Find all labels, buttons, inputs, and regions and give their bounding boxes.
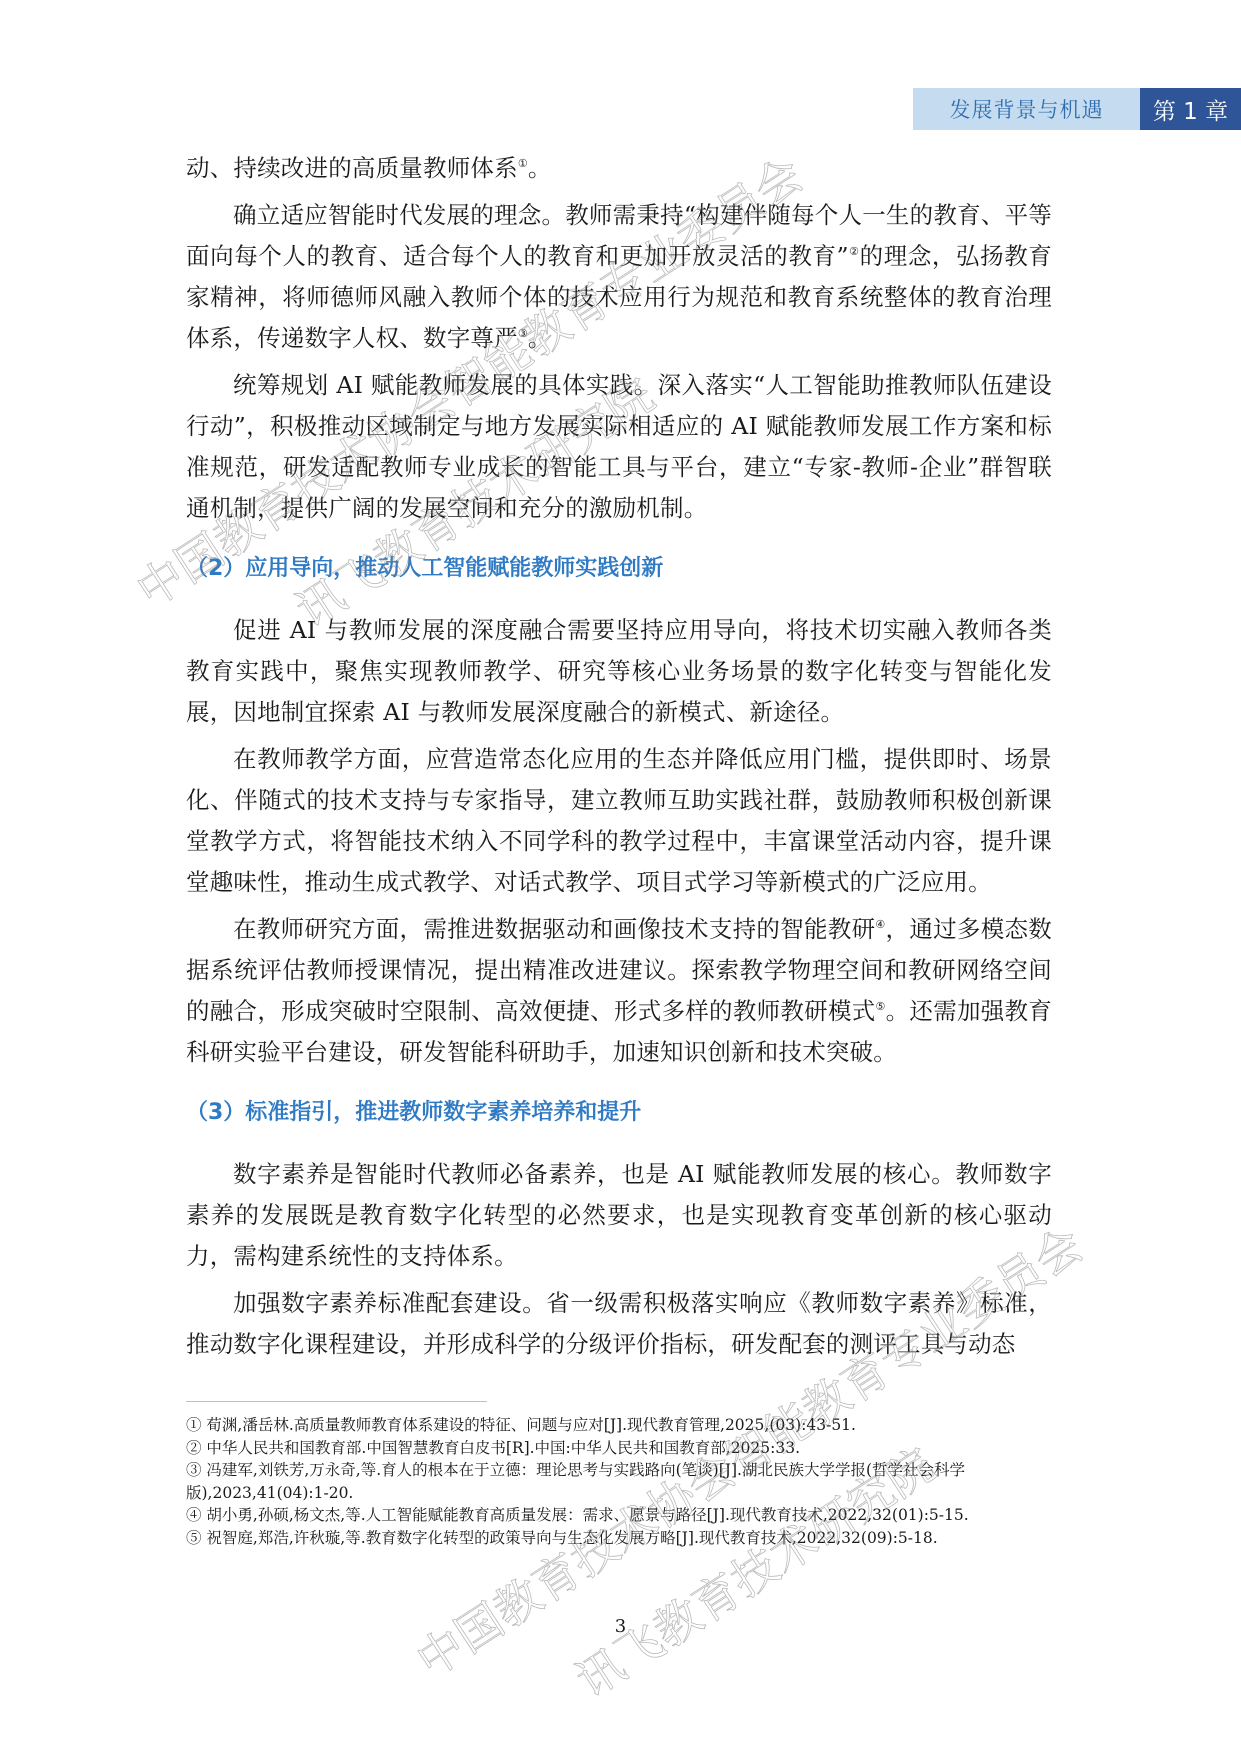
- page-number: 3: [0, 1616, 1241, 1637]
- paragraph: 动、持续改进的高质量教师体系①。: [186, 148, 1052, 189]
- chapter-header: 发展背景与机遇 第 1 章: [913, 88, 1241, 130]
- paragraph: 数字素养是智能时代教师必备素养，也是 AI 赋能教师发展的核心。教师数字素养的发…: [186, 1154, 1052, 1277]
- paragraph: 确立适应智能时代发展的理念。教师需秉持“构建伴随每个人一生的教育、平等面向每个人…: [186, 195, 1052, 359]
- paragraph: 在教师研究方面，需推进数据驱动和画像技术支持的智能教研④，通过多模态数据系统评估…: [186, 909, 1052, 1073]
- footnote-ref[interactable]: ④: [875, 918, 885, 931]
- footnote-ref[interactable]: ①: [518, 157, 528, 170]
- footnote-divider: [186, 1401, 487, 1402]
- footnote-ref[interactable]: ③: [518, 327, 528, 340]
- section-heading-3: （3）标准指引，推进教师数字素养培养和提升: [186, 1095, 1052, 1126]
- footnote-item: ② 中华人民共和国教育部.中国智慧教育白皮书[R].中国:中华人民共和国教育部,…: [186, 1437, 1052, 1460]
- section-title: 发展背景与机遇: [913, 88, 1140, 130]
- paragraph: 统筹规划 AI 赋能教师发展的具体实践。深入落实“人工智能助推教师队伍建设行动”…: [186, 365, 1052, 529]
- footnote-ref[interactable]: ⑤: [876, 1000, 886, 1013]
- paragraph: 促进 AI 与教师发展的深度融合需要坚持应用导向，将技术切实融入教师各类教育实践…: [186, 610, 1052, 733]
- footnote-item: ③ 冯建军,刘铁芳,万永奇,等.育人的根本在于立德：理论思考与实践路向(笔谈)[…: [186, 1459, 1052, 1504]
- section-heading-2: （2）应用导向，推动人工智能赋能教师实践创新: [186, 551, 1052, 582]
- footnote-item: ⑤ 祝智庭,郑浩,许秋璇,等.教育数字化转型的政策导向与生态化发展方略[J].现…: [186, 1527, 1052, 1550]
- page-body: 动、持续改进的高质量教师体系①。 确立适应智能时代发展的理念。教师需秉持“构建伴…: [186, 148, 1052, 1365]
- footnote-item: ④ 胡小勇,孙硕,杨文杰,等.人工智能赋能教育高质量发展：需求、愿景与路径[J]…: [186, 1504, 1052, 1527]
- chapter-label: 第 1 章: [1140, 88, 1241, 130]
- footnote-item: ① 荀渊,潘岳林.高质量教师教育体系建设的特征、问题与应对[J].现代教育管理,…: [186, 1414, 1052, 1437]
- footnotes: ① 荀渊,潘岳林.高质量教师教育体系建设的特征、问题与应对[J].现代教育管理,…: [186, 1414, 1052, 1549]
- footnote-ref[interactable]: ②: [849, 245, 860, 258]
- paragraph: 在教师教学方面，应营造常态化应用的生态并降低应用门槛，提供即时、场景化、伴随式的…: [186, 739, 1052, 903]
- paragraph: 加强数字素养标准配套建设。省一级需积极落实响应《教师数字素养》标准，推动数字化课…: [186, 1283, 1052, 1365]
